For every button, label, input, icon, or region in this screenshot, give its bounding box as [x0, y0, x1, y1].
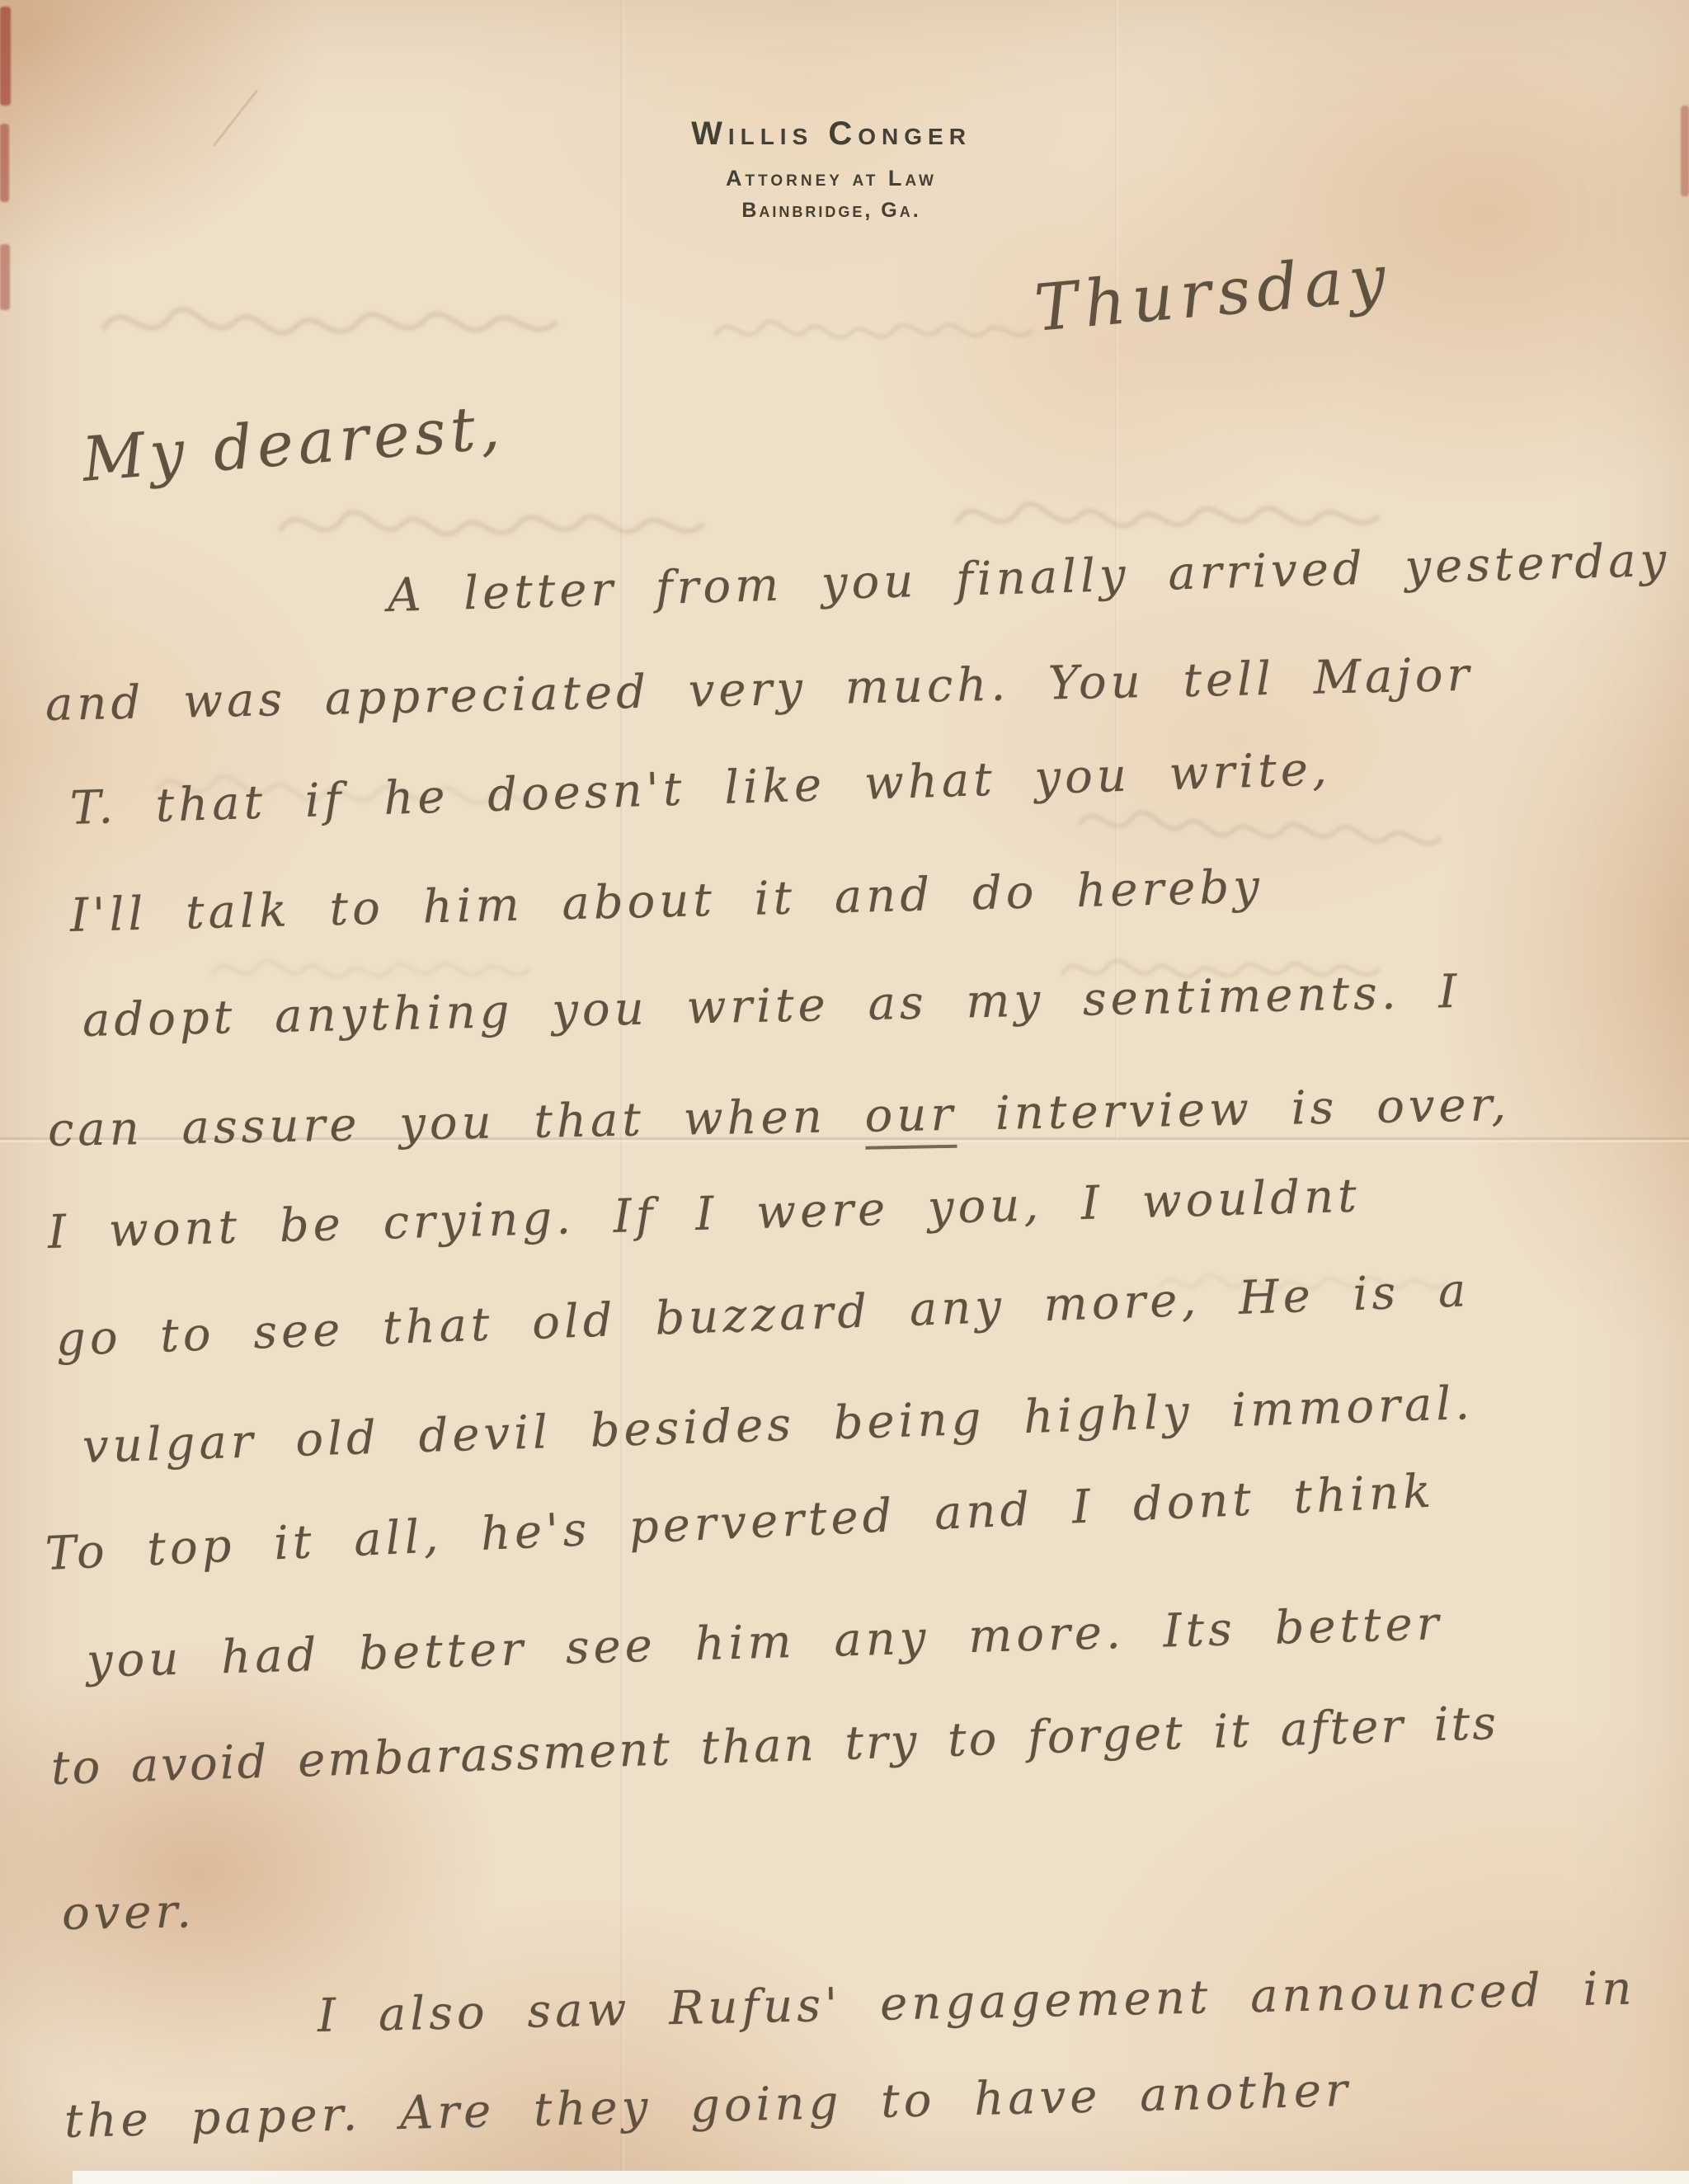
letterhead-name: Willis Conger — [0, 115, 1676, 153]
ink-bleedthrough — [709, 285, 1056, 375]
edge-scuff-mark — [1681, 106, 1689, 196]
letterhead-location: Bainbridge, Ga. — [0, 199, 1676, 223]
scan-edge-strip — [73, 2171, 1689, 2184]
letter-line: over. — [61, 1885, 195, 1941]
edge-scuff-mark — [0, 244, 10, 310]
letterhead-title: Attorney at Law — [0, 166, 1676, 191]
edge-scuff-mark — [0, 7, 11, 106]
letterhead: Willis Conger Attorney at Law Bainbridge… — [0, 115, 1676, 223]
line-segment: interview is over, — [957, 1078, 1511, 1141]
ink-bleedthrough — [78, 272, 606, 371]
ink-bleedthrough — [272, 474, 734, 573]
vertical-fold-crease — [620, 0, 624, 2184]
underlined-word: our — [864, 1088, 957, 1150]
